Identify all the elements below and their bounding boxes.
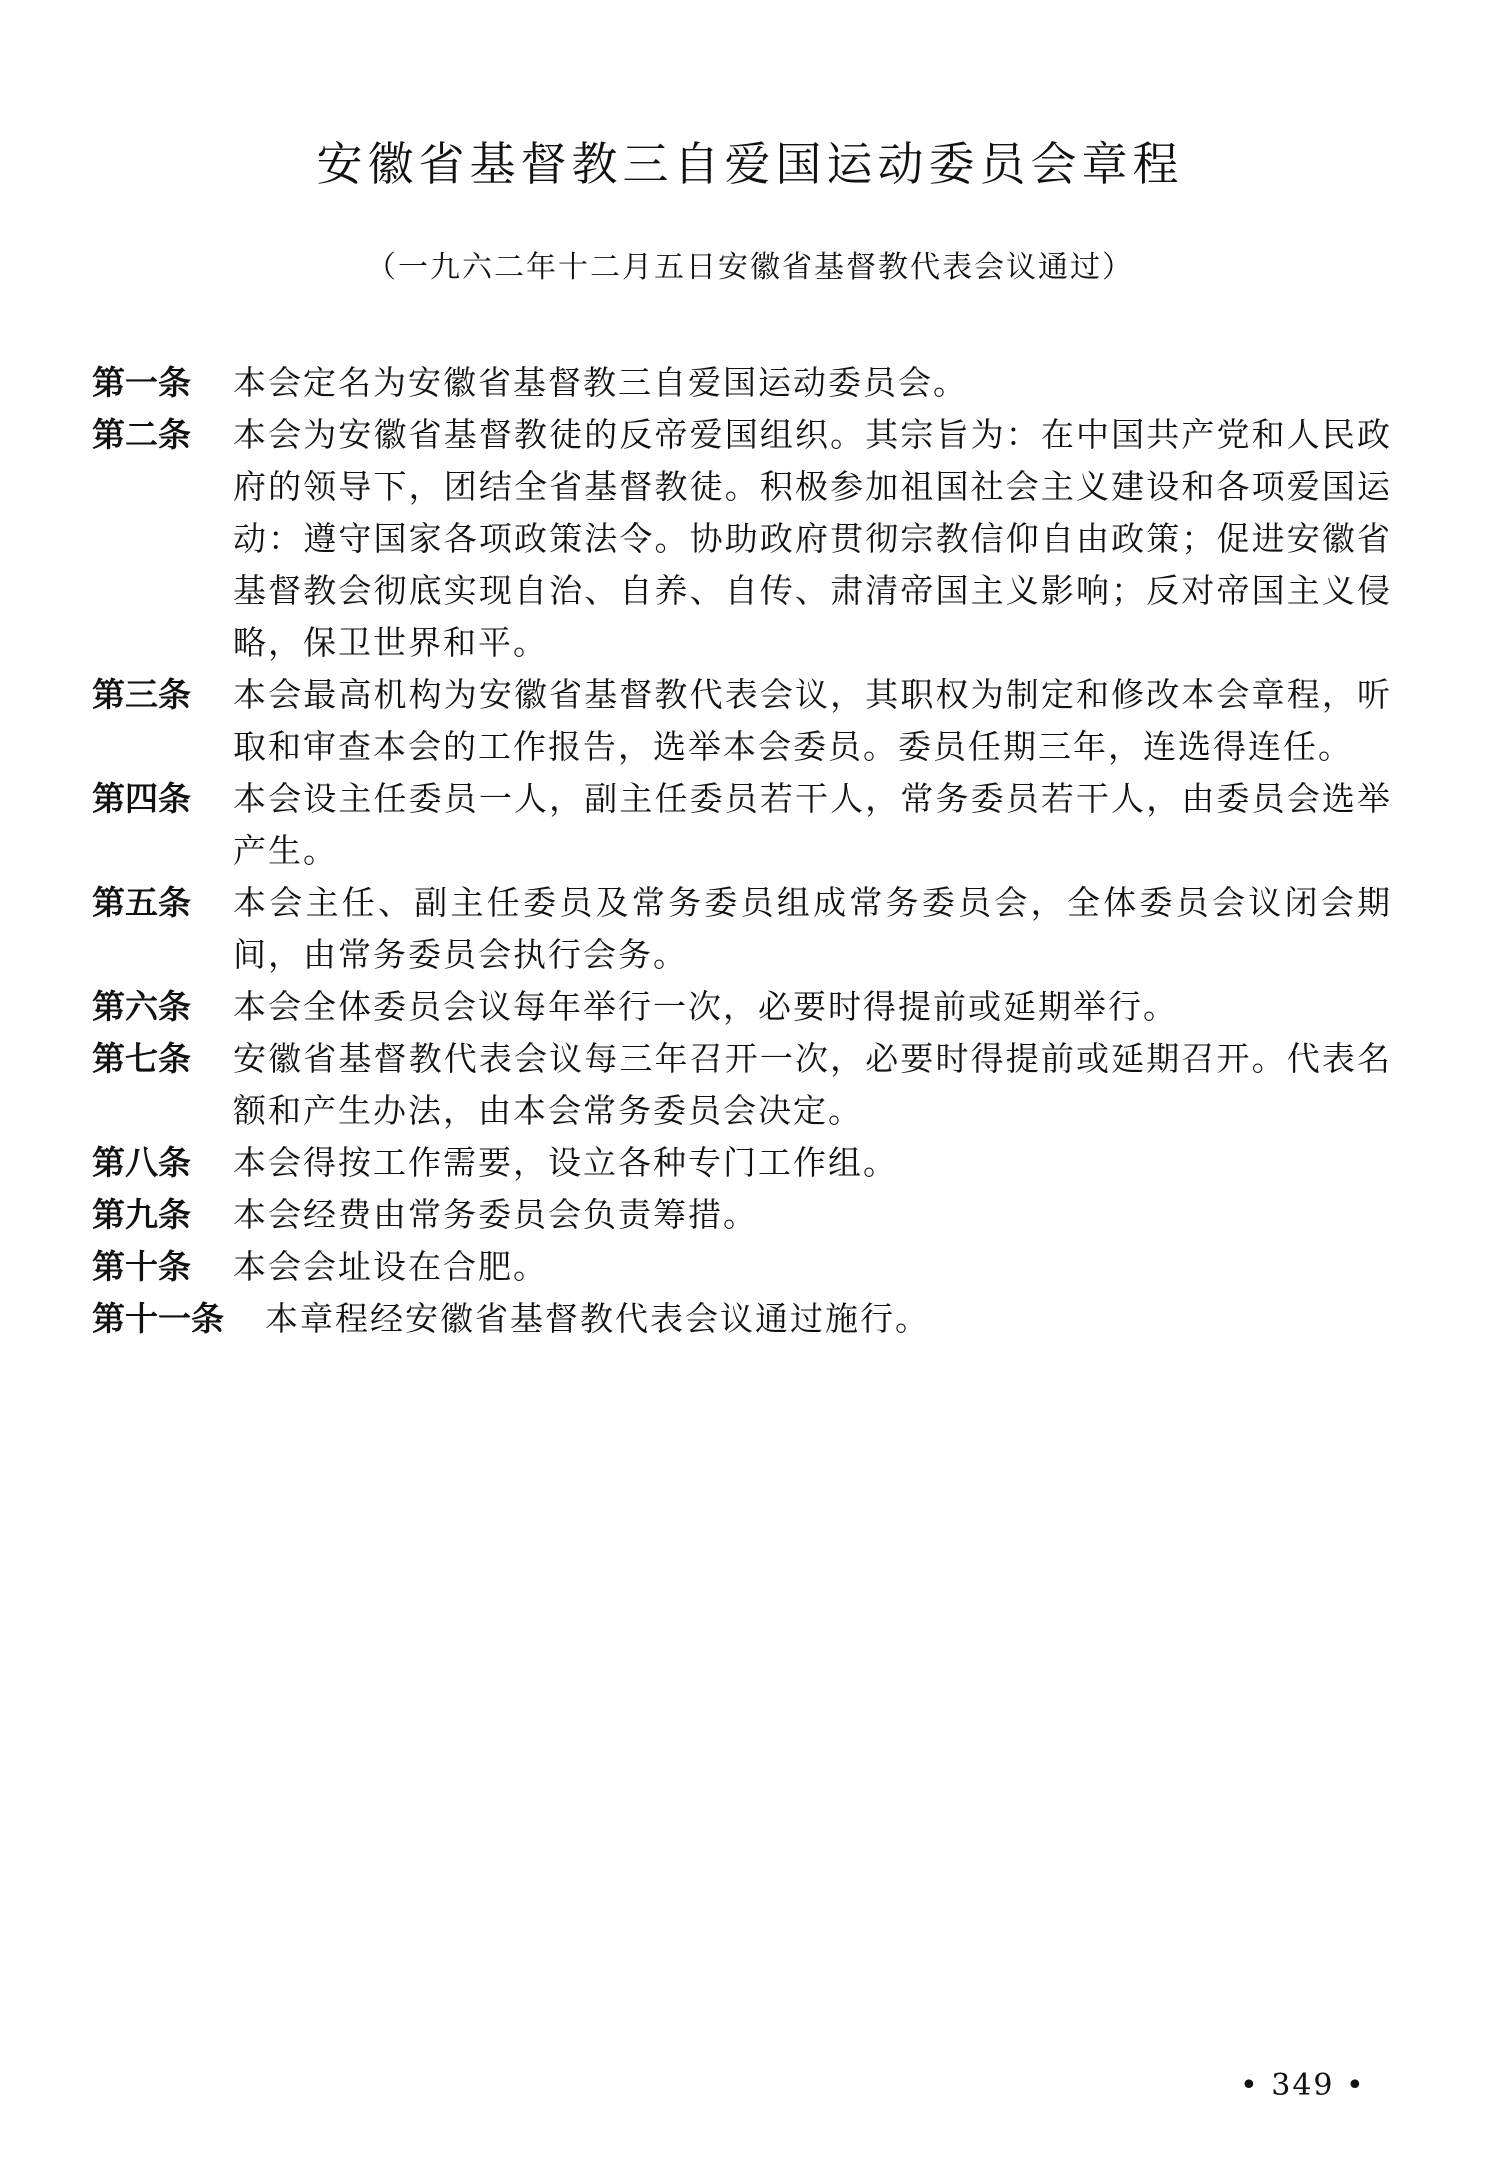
- article-text: 本会为安徽省基督教徒的反帝爱国组织。其宗旨为：在中国共产党和人民政府的领导下，团…: [233, 409, 1392, 669]
- article-label: 第三条: [92, 669, 233, 721]
- article-8: 第八条 本会得按工作需要，设立各种专门工作组。: [92, 1137, 1392, 1189]
- article-label: 第四条: [92, 773, 233, 825]
- article-10: 第十条 本会会址设在合肥。: [92, 1241, 1392, 1293]
- article-label: 第七条: [92, 1033, 233, 1085]
- article-text: 本会全体委员会议每年举行一次，必要时得提前或延期举行。: [233, 981, 1392, 1033]
- article-7: 第七条 安徽省基督教代表会议每三年召开一次，必要时得提前或延期召开。代表名额和产…: [92, 1033, 1392, 1137]
- article-label: 第十一条: [92, 1293, 265, 1345]
- document-subtitle: （一九六二年十二月五日安徽省基督教代表会议通过）: [0, 246, 1500, 290]
- article-6: 第六条 本会全体委员会议每年举行一次，必要时得提前或延期举行。: [92, 981, 1392, 1033]
- page-number: • 349 •: [1240, 2068, 1366, 2103]
- article-label: 第六条: [92, 981, 233, 1033]
- article-label: 第五条: [92, 877, 233, 929]
- article-11: 第十一条 本章程经安徽省基督教代表会议通过施行。: [92, 1293, 1392, 1345]
- article-text: 本章程经安徽省基督教代表会议通过施行。: [265, 1293, 1392, 1345]
- article-text: 本会最高机构为安徽省基督教代表会议，其职权为制定和修改本会章程，听取和审查本会的…: [233, 669, 1392, 773]
- article-text: 本会设主任委员一人，副主任委员若干人，常务委员若干人，由委员会选举产生。: [233, 773, 1392, 877]
- article-label: 第八条: [92, 1137, 233, 1189]
- article-label: 第十条: [92, 1241, 233, 1293]
- article-1: 第一条 本会定名为安徽省基督教三自爱国运动委员会。: [92, 357, 1392, 409]
- article-label: 第一条: [92, 357, 233, 409]
- article-label: 第九条: [92, 1189, 233, 1241]
- article-text: 安徽省基督教代表会议每三年召开一次，必要时得提前或延期召开。代表名额和产生办法，…: [233, 1033, 1392, 1137]
- articles-list: 第一条 本会定名为安徽省基督教三自爱国运动委员会。 第二条 本会为安徽省基督教徒…: [92, 357, 1392, 1345]
- article-text: 本会经费由常务委员会负责筹措。: [233, 1189, 1392, 1241]
- article-text: 本会定名为安徽省基督教三自爱国运动委员会。: [233, 357, 1392, 409]
- article-9: 第九条 本会经费由常务委员会负责筹措。: [92, 1189, 1392, 1241]
- article-text: 本会得按工作需要，设立各种专门工作组。: [233, 1137, 1392, 1189]
- document-title: 安徽省基督教三自爱国运动委员会章程: [0, 136, 1500, 192]
- article-2: 第二条 本会为安徽省基督教徒的反帝爱国组织。其宗旨为：在中国共产党和人民政府的领…: [92, 409, 1392, 669]
- article-label: 第二条: [92, 409, 233, 461]
- article-3: 第三条 本会最高机构为安徽省基督教代表会议，其职权为制定和修改本会章程，听取和审…: [92, 669, 1392, 773]
- article-text: 本会会址设在合肥。: [233, 1241, 1392, 1293]
- article-4: 第四条 本会设主任委员一人，副主任委员若干人，常务委员若干人，由委员会选举产生。: [92, 773, 1392, 877]
- article-text: 本会主任、副主任委员及常务委员组成常务委员会，全体委员会议闭会期间，由常务委员会…: [233, 877, 1392, 981]
- article-5: 第五条 本会主任、副主任委员及常务委员组成常务委员会，全体委员会议闭会期间，由常…: [92, 877, 1392, 981]
